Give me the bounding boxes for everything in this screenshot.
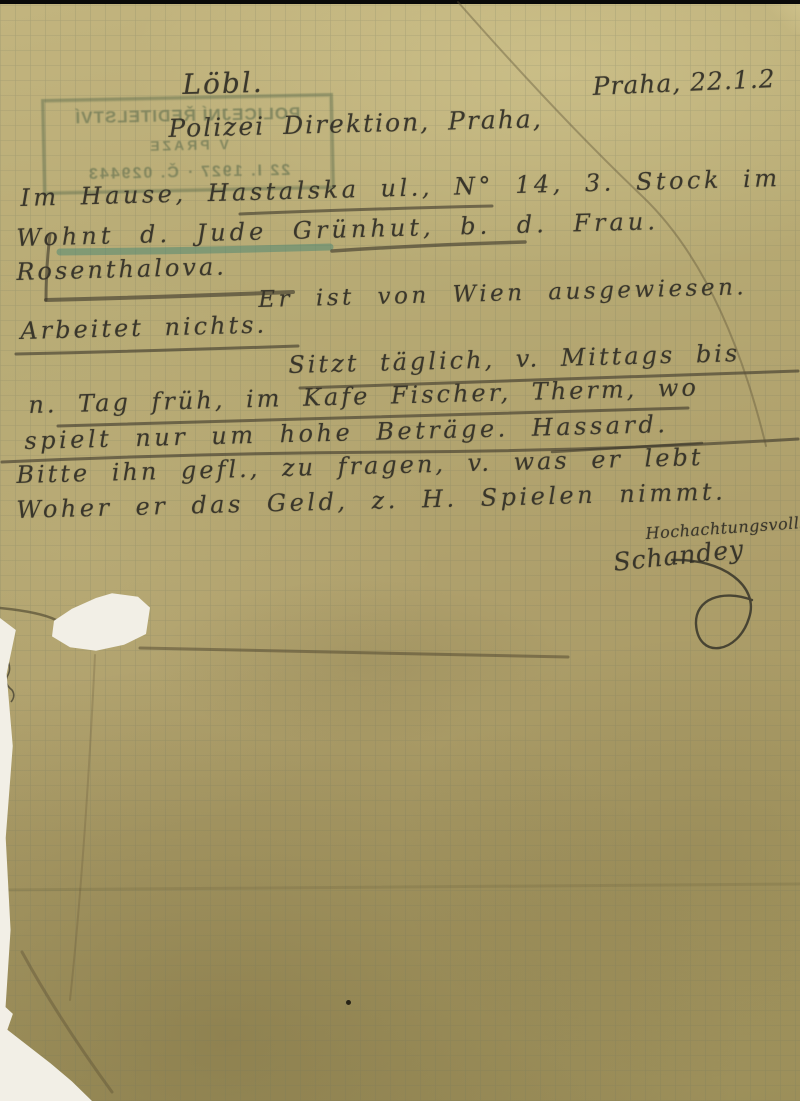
paper-speck [346, 1000, 351, 1005]
letter-heading: Löbl. [182, 66, 264, 101]
scan-edge-top [0, 0, 800, 4]
letter-line: Rosenthalova. [16, 252, 227, 286]
corner-fold [766, 4, 800, 34]
scanned-letter-page: POLICEJNÍ ŘEDITELSTVÍ V PRAZE 22 I. 1927… [0, 0, 800, 1101]
